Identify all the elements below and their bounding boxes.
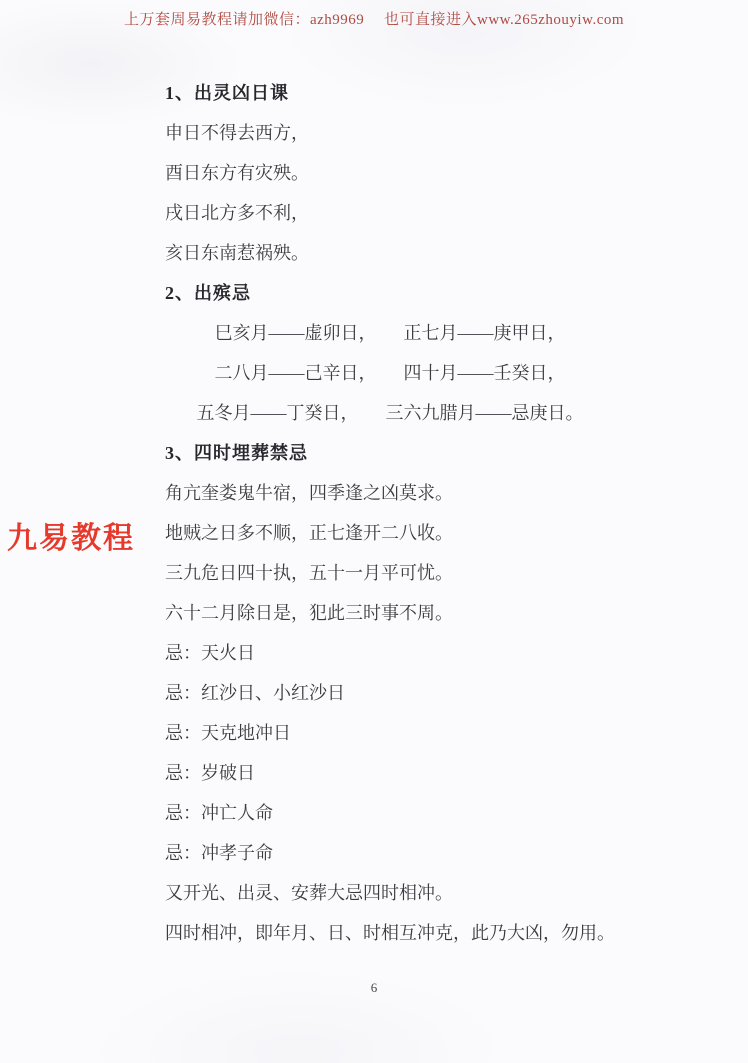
- taboo-line: 忌：岁破日: [165, 753, 625, 793]
- page-number: 6: [0, 980, 748, 996]
- section-3-poem-line: 地贼之日多不顺，正七逢开二八收。: [165, 513, 625, 553]
- document-page: 上万套周易教程请加微信：azh9969 也可直接进入www.265zhouyiw…: [0, 0, 748, 1063]
- section-1-poem-line: 申日不得去西方，: [165, 113, 625, 153]
- section-3-poem-line: 六十二月除日是，犯此三时事不周。: [165, 593, 625, 633]
- header-promo-text: 上万套周易教程请加微信：azh9969 也可直接进入www.265zhouyiw…: [124, 12, 624, 28]
- section-2-month-line: 二八月——己辛日， 四十月——壬癸日，: [165, 353, 615, 393]
- section-2-heading: 2、出殡忌: [165, 273, 625, 313]
- section-1-poem-line: 酉日东方有灾殃。: [165, 153, 625, 193]
- watermark-text: 九易教程: [7, 513, 135, 557]
- page-header: 上万套周易教程请加微信：azh9969 也可直接进入www.265zhouyiw…: [0, 8, 748, 29]
- taboo-line: 忌：天火日: [165, 633, 625, 673]
- section-1-poem-line: 戌日北方多不利，: [165, 193, 625, 233]
- section-3-poem-line: 角亢奎娄鬼牛宿，四季逢之凶莫求。: [165, 473, 625, 513]
- section-1-heading: 1、出灵凶日课: [165, 73, 625, 113]
- taboo-line: 忌：冲孝子命: [165, 833, 625, 873]
- taboo-line: 忌：红沙日、小红沙日: [165, 673, 625, 713]
- section-2-month-line: 五冬月——丁癸日， 三六九腊月——忌庚日。: [165, 393, 615, 433]
- taboo-line: 忌：冲亡人命: [165, 793, 625, 833]
- section-3-heading: 3、四时埋葬禁忌: [165, 433, 625, 473]
- section-2-month-line: 巳亥月——虚卯日， 正七月——庚甲日，: [165, 313, 615, 353]
- document-content: 1、出灵凶日课 申日不得去西方， 酉日东方有灾殃。 戌日北方多不利， 亥日东南惹…: [165, 73, 625, 953]
- section-1-poem-line: 亥日东南惹祸殃。: [165, 233, 625, 273]
- section-2-month-list: 巳亥月——虚卯日， 正七月——庚甲日， 二八月——己辛日， 四十月——壬癸日， …: [165, 313, 615, 433]
- closing-line: 又开光、出灵、安葬大忌四时相冲。: [165, 873, 625, 913]
- closing-line: 四时相冲，即年月、日、时相互冲克，此乃大凶，勿用。: [165, 913, 625, 953]
- section-3-poem-line: 三九危日四十执，五十一月平可忧。: [165, 553, 625, 593]
- taboo-line: 忌：天克地冲日: [165, 713, 625, 753]
